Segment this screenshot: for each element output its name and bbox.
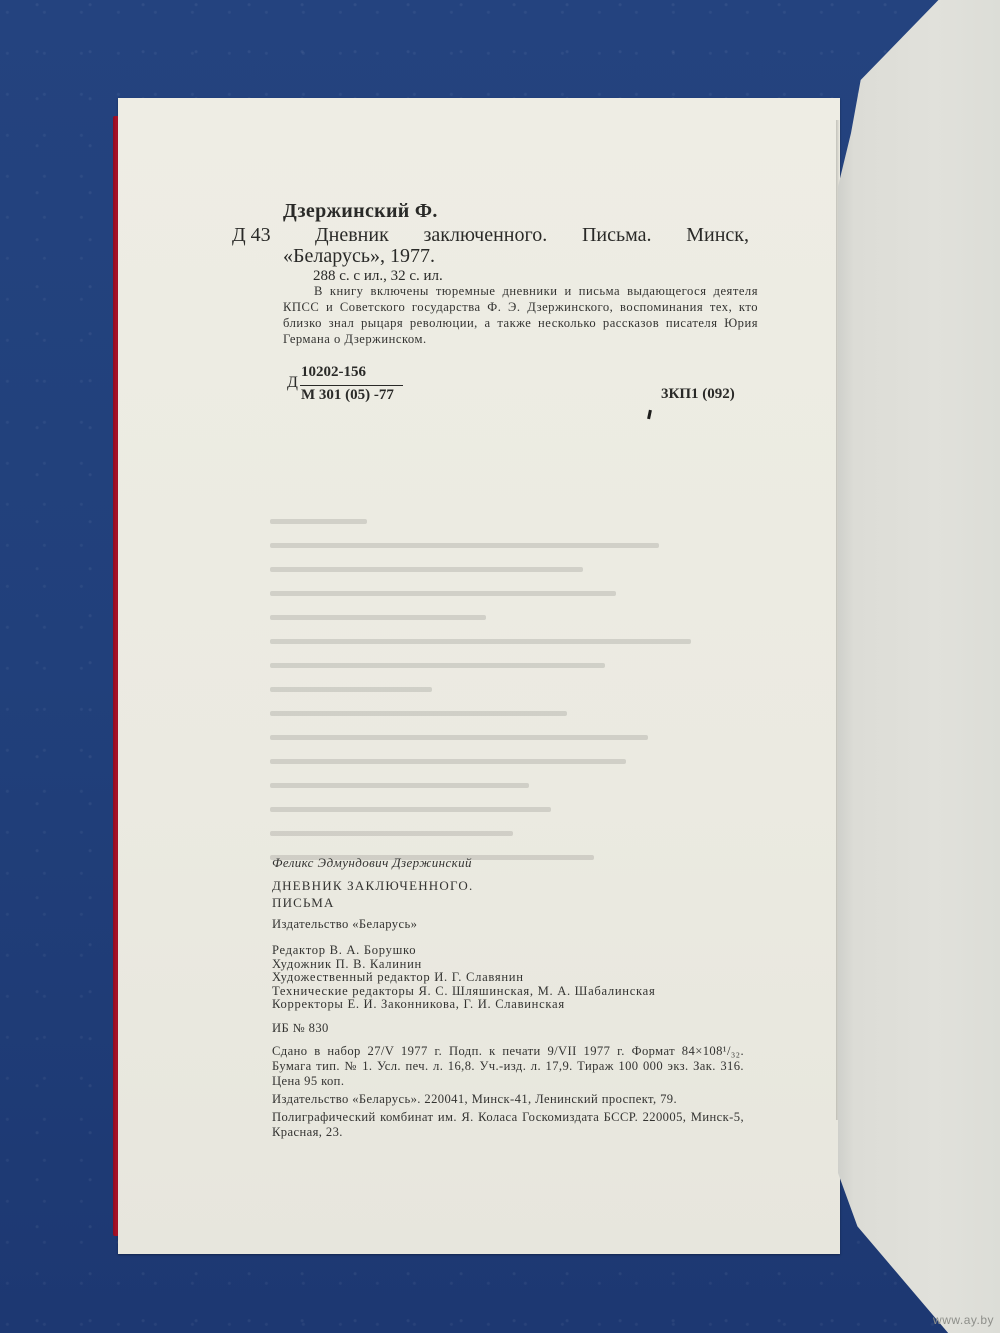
printer-info: Полиграфический комбинат им. Я. Коласа Г…	[272, 1110, 744, 1140]
index-denominator: М 301 (05) -77	[301, 387, 394, 404]
imprint-title-line-2: ПИСЬМА	[272, 894, 744, 911]
credit-line: Корректоры Е. И. Законникова, Г. И. Слав…	[272, 998, 744, 1012]
bbk-code: 3КП1 (092)	[661, 386, 735, 403]
title-word: Письма.	[582, 224, 652, 247]
credit-line: Технические редакторы Я. С. Шляшинская, …	[272, 985, 744, 999]
catalog-title: Дневник заключенного. Письма. Минск,	[315, 224, 749, 247]
catalog-author: Дзержинский Ф.	[283, 200, 438, 223]
credit-line: Редактор В. А. Борушко	[272, 944, 744, 958]
ib-number: ИБ № 830	[272, 1021, 744, 1036]
imprint-block: Феликс Эдмундович Дзержинский ДНЕВНИК ЗА…	[272, 855, 744, 1143]
credit-line: Художник П. В. Калинин	[272, 958, 744, 972]
credit-line: Художественный редактор И. Г. Славянин	[272, 971, 744, 985]
publisher-year: «Беларусь», 1977.	[283, 245, 435, 268]
imprint-title-line-1: ДНЕВНИК ЗАКЛЮЧЕННОГО.	[272, 877, 744, 894]
watermark: www.ay.by	[933, 1313, 994, 1327]
credits-list: Редактор В. А. Борушко Художник П. В. Ка…	[272, 944, 744, 1012]
title-word: Минск,	[686, 224, 749, 247]
title-word: заключенного.	[424, 224, 548, 247]
title-word: Дневник	[315, 224, 389, 247]
fraction-bar	[300, 385, 403, 386]
annotation: В книгу включены тюремные дневники и пис…	[283, 283, 758, 347]
book-page-right-curled	[838, 0, 1000, 1333]
publisher-address: Издательство «Беларусь». 220041, Минск-4…	[272, 1092, 744, 1107]
print-details: Сдано в набор 27/V 1977 г. Подп. к печат…	[272, 1044, 744, 1089]
imprint-author: Феликс Эдмундович Дзержинский	[272, 855, 744, 871]
imprint-publisher: Издательство «Беларусь»	[272, 917, 744, 932]
index-numerator: 10202-156	[301, 364, 366, 381]
shelf-code: Д 43	[232, 224, 271, 247]
index-letter: Д	[287, 374, 298, 392]
